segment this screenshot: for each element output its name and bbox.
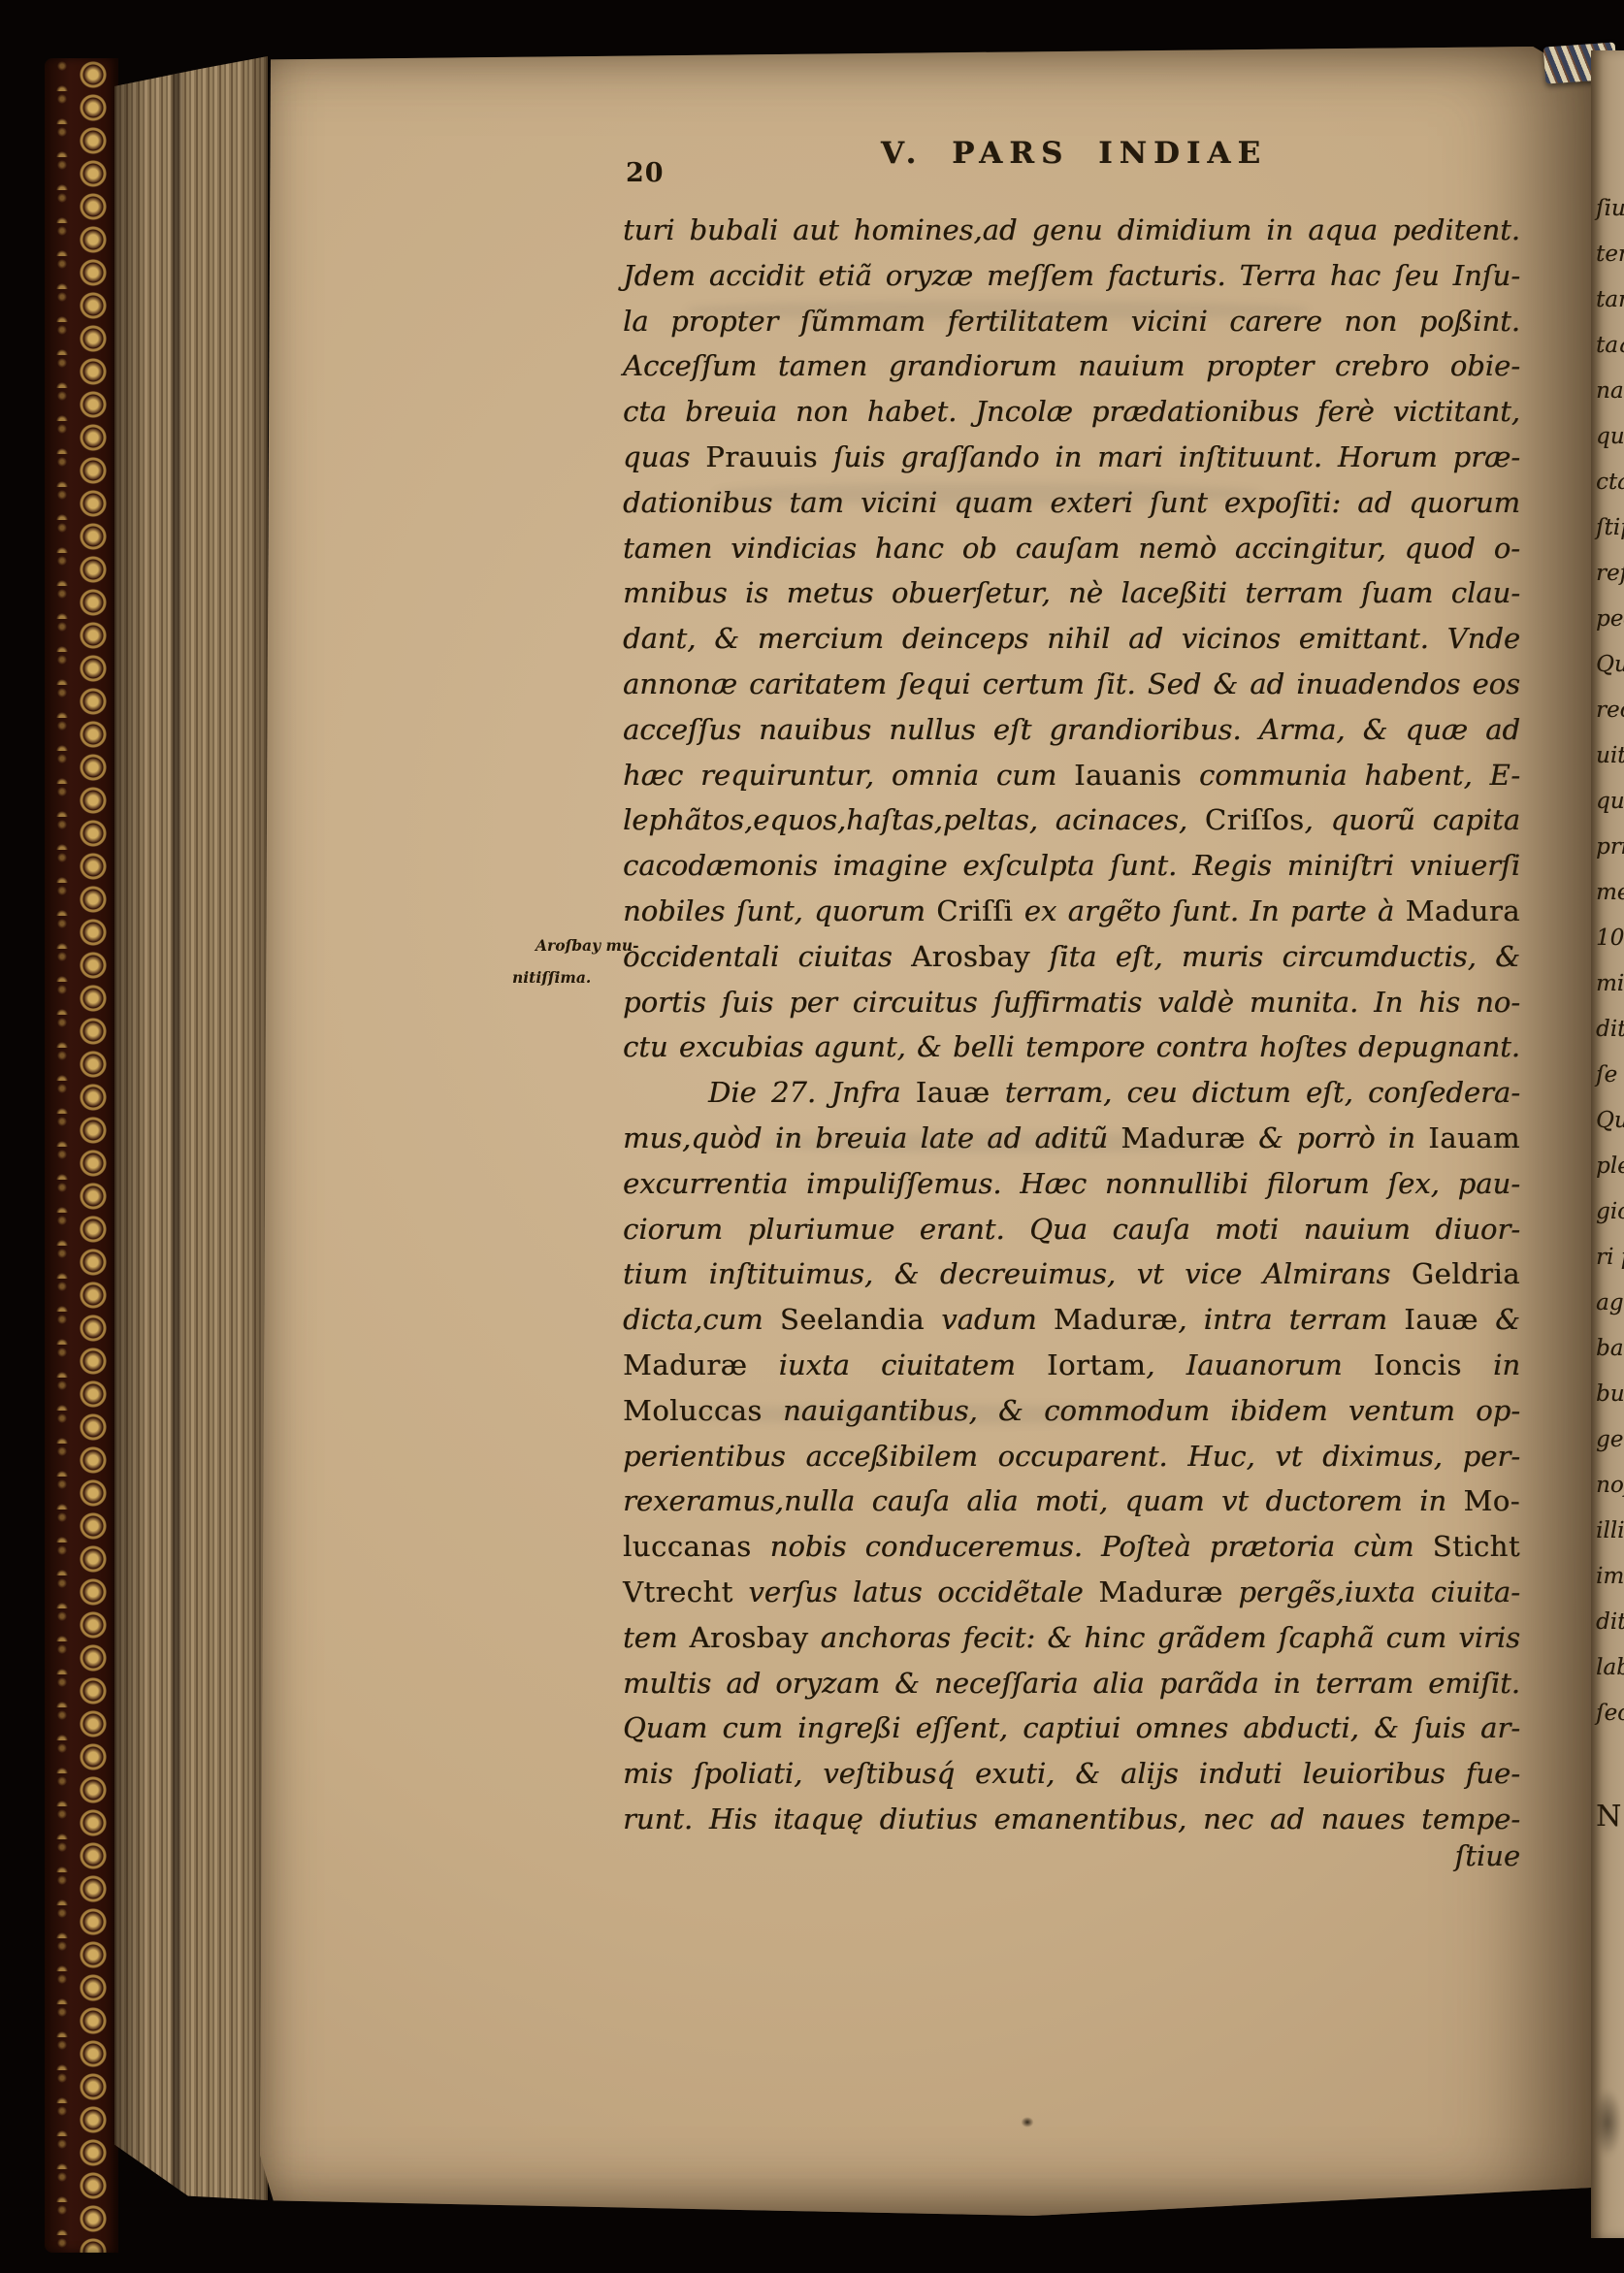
text-line: Moluccas nauigantibus, & commodum ibidem… bbox=[623, 1388, 1520, 1434]
text-line: perientibus acceßibilem occuparent. Huc,… bbox=[623, 1434, 1520, 1479]
text-line: runt. His itaquę diutius emanentibus, ne… bbox=[623, 1797, 1520, 1842]
text-line: cacodæmonis imagine exſculpta ſunt. Regi… bbox=[623, 843, 1520, 889]
facing-page-text-fragment: ditas ac bbox=[1596, 1609, 1624, 1635]
facing-page-text-fragment: uit. H bbox=[1596, 743, 1624, 768]
text-line: mus,quòd in breuia late ad aditũ Maduræ … bbox=[623, 1116, 1520, 1161]
text-line: dicta,cum Seelandia vadum Maduræ, intra … bbox=[623, 1297, 1520, 1343]
text-line: Acceſſum tamen grandiorum nauium propter… bbox=[623, 343, 1520, 389]
text-line: Vtrecht verſus latus occidẽtale Maduræ p… bbox=[623, 1570, 1520, 1615]
facing-page-text-fragment: refra bbox=[1596, 561, 1624, 586]
facing-page-text-fragment: laboris bbox=[1596, 1655, 1624, 1680]
facing-page-text-fragment: receßi bbox=[1596, 698, 1624, 723]
text-line: la propter ſũmmam fertilitatem vicini ca… bbox=[623, 299, 1520, 344]
facing-page-text-fragment: noſtros bbox=[1596, 1473, 1624, 1498]
text-line: tium inſtituimus, & decreuimus, vt vice … bbox=[623, 1251, 1520, 1297]
text-line: Jdem accidit etiã oryzæ meſſem facturis.… bbox=[623, 253, 1520, 299]
text-line: ctu excubias agunt, & belli tempore cont… bbox=[623, 1024, 1520, 1070]
text-line: nobiles ſunt, quorum Criſſi ex argẽto ſu… bbox=[623, 889, 1520, 934]
facing-page-text-fragment: tame bbox=[1596, 287, 1624, 312]
facing-page-text-fragment: princi bbox=[1596, 834, 1624, 860]
facing-page-text-fragment: illis ipſis bbox=[1596, 1518, 1624, 1543]
text-line: tem Arosbay anchoras fecit: & hinc grãde… bbox=[623, 1615, 1520, 1661]
text-line: occidentali ciuitas Arosbay ſita eſt, mu… bbox=[623, 934, 1520, 980]
facing-page-text-fragment: bus ma bbox=[1596, 1381, 1624, 1407]
facing-page-text-fragment: gicæ ea bbox=[1596, 1199, 1624, 1224]
facing-page-text-fragment: plenam bbox=[1596, 1153, 1624, 1179]
text-line: lephãtos,equos,haſtas,peltas, acinaces, … bbox=[623, 797, 1520, 843]
text-line: portis ſuis per circuitus ſuffirmatis va… bbox=[623, 980, 1520, 1025]
page-block-fore-edge bbox=[114, 56, 268, 2200]
facing-page-text-fragment: agitaba bbox=[1596, 1290, 1624, 1315]
text-line: mis ſpoliati, veſtibusq́ exuti, & alijs … bbox=[623, 1751, 1520, 1797]
facing-page-sliver: ſiueterntametaqunaipqui ſcta inſtipurefr… bbox=[1591, 50, 1624, 2238]
facing-page-text-fragment: qui ſ bbox=[1596, 424, 1624, 449]
text-line: hæc requiruntur, omnia cum Iauanis commu… bbox=[623, 753, 1520, 798]
facing-page-text-fragment: dit R bbox=[1596, 1017, 1624, 1042]
facing-page-text-fragment: 1000. bbox=[1596, 925, 1624, 951]
facing-page-text-fragment: ſiue bbox=[1596, 196, 1624, 221]
facing-page-text-fragment: gerent, bbox=[1596, 1427, 1624, 1452]
facing-page-text-fragment: Quar bbox=[1596, 652, 1624, 677]
page-number: 20 bbox=[626, 158, 665, 188]
facing-page-text-fragment: bat. A bbox=[1596, 1336, 1624, 1361]
text-line: ciorum pluriumue erant. Qua cauſa moti n… bbox=[623, 1207, 1520, 1252]
text-line: annonæ caritatem ſequi certum ſit. Sed &… bbox=[623, 662, 1520, 707]
gilt-leather-board-edge bbox=[45, 58, 118, 2253]
facing-page-text-fragment: taqu bbox=[1596, 333, 1624, 358]
text-line: Die 27. Jnfra Iauæ terram, ceu dictum eſ… bbox=[623, 1070, 1520, 1116]
text-line: Maduræ iuxta ciuitatem Iortam, Iauanorum… bbox=[623, 1343, 1520, 1388]
facing-page-text-fragment: mir an bbox=[1596, 971, 1624, 996]
facing-page-text-fragment: ſecutus bbox=[1596, 1701, 1624, 1726]
text-line: tamen vindicias hanc ob cauſam nemò acci… bbox=[623, 526, 1520, 571]
catchword: ſtiue bbox=[623, 1839, 1520, 1872]
facing-page-text-fragment: naip bbox=[1596, 378, 1624, 404]
text-line: quas Prauuis ſuis graſſando in mari inſt… bbox=[623, 435, 1520, 480]
facing-page-text-fragment: quas bbox=[1596, 789, 1624, 814]
text-line: rexeramus,nulla cauſa alia moti, quam vt… bbox=[623, 1478, 1520, 1524]
facing-page-text-fragment: impedit bbox=[1596, 1564, 1624, 1589]
facing-page-text-fragment: tern bbox=[1596, 242, 1624, 267]
ink-smudge bbox=[1587, 2076, 1624, 2169]
ink-speck bbox=[1019, 2115, 1036, 2129]
text-line: Quam cum ingreßi eſſent, captiui omnes a… bbox=[623, 1705, 1520, 1751]
running-header: V. PARS INDIAE bbox=[802, 136, 1346, 171]
facing-page-text-fragment: ſe liber bbox=[1596, 1062, 1624, 1088]
facing-page-text-fragment: ri poſſet bbox=[1596, 1245, 1624, 1270]
book-photo: ſiueterntametaqunaipqui ſcta inſtipurefr… bbox=[0, 0, 1624, 2273]
text-line: luccanas nobis conduceremus. Poſteà præt… bbox=[623, 1524, 1520, 1570]
text-line: mnibus is metus obuerſetur, nè laceßiti … bbox=[623, 570, 1520, 616]
text-line: dationibus tam vicini quam exteri ſunt e… bbox=[623, 480, 1520, 526]
facing-page-text-fragment: pedi bbox=[1596, 606, 1624, 632]
text-line: acceſſus nauibus nullus eſt grandioribus… bbox=[623, 707, 1520, 753]
text-line: turi bubali aut homines,ad genu dimidium… bbox=[623, 208, 1520, 253]
text-block: turi bubali aut homines,ad genu dimidium… bbox=[623, 208, 1520, 1842]
text-line: excurrentia impuliſſemus. Hæc nonnullibi… bbox=[623, 1161, 1520, 1207]
facing-page-text-fragment: cta in bbox=[1596, 470, 1624, 495]
text-line: dant, & mercium deinceps nihil ad vicino… bbox=[623, 616, 1520, 662]
facing-page-text-fragment: N bbox=[1596, 1800, 1621, 1834]
facing-page-text-fragment: ſtipu bbox=[1596, 515, 1624, 540]
text-line: multis ad oryzam & neceſſaria alia parãd… bbox=[623, 1661, 1520, 1706]
facing-page-text-fragment: Quod bbox=[1596, 1108, 1624, 1133]
facing-page-text-fragment: menta bbox=[1596, 880, 1624, 905]
text-line: cta breuia non habet. Jncolæ prædationib… bbox=[623, 389, 1520, 435]
